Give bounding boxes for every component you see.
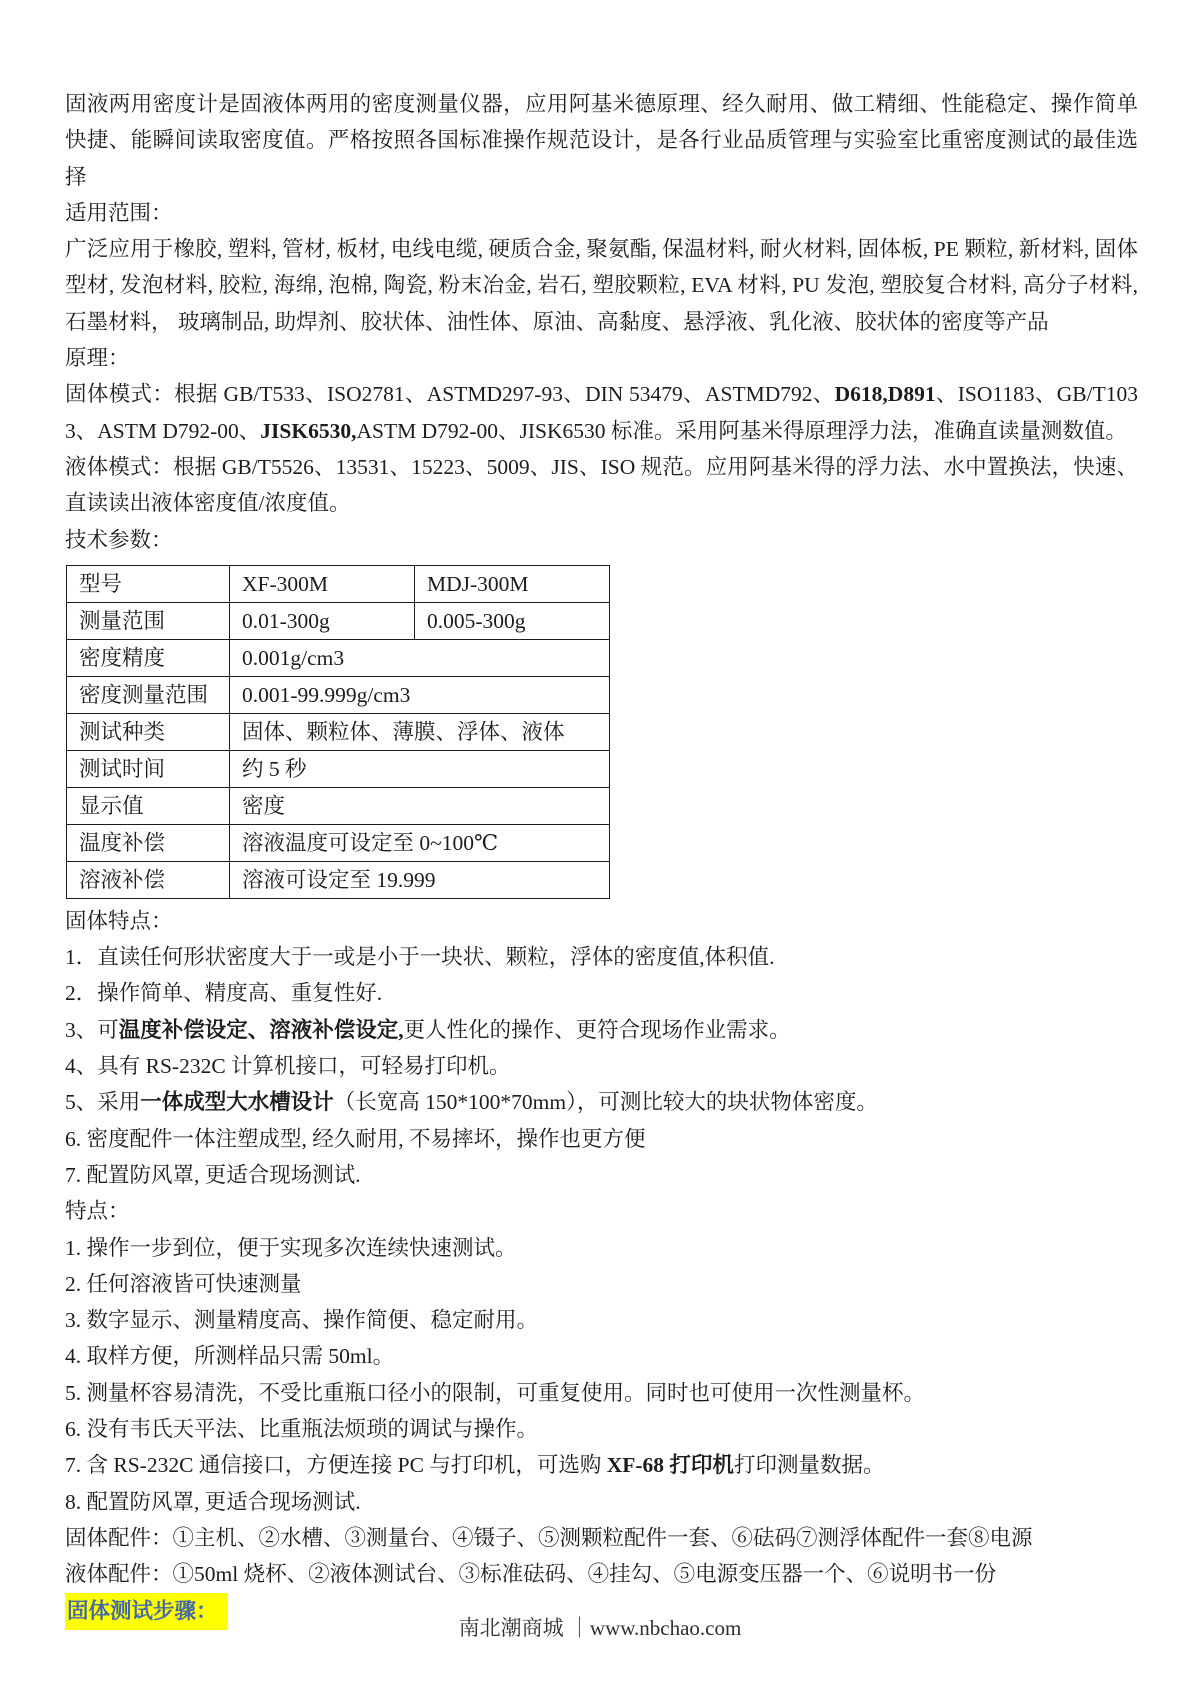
features-heading: 特点： xyxy=(65,1193,1138,1229)
spec-label: 测试种类 xyxy=(67,713,230,750)
spec-label: 测试时间 xyxy=(67,750,230,787)
item-bold-text: XF-68 打印机 xyxy=(607,1453,734,1477)
item-bold-text: 温度补偿设定、溶液补偿设定, xyxy=(119,1018,404,1042)
spec-value: 密度 xyxy=(230,787,610,824)
solid-mode-text-pre: 固体模式：根据 GB/T533、ISO2781、ASTMD297-93、DIN … xyxy=(65,382,835,406)
solid-mode-paragraph: 固体模式：根据 GB/T533、ISO2781、ASTMD297-93、DIN … xyxy=(65,376,1138,449)
feature-item-2: 2. 任何溶液皆可快速测量 xyxy=(65,1266,1138,1302)
specs-table: 型号 XF-300M MDJ-300M 测量范围 0.01-300g 0.005… xyxy=(66,565,610,899)
spec-label: 密度测量范围 xyxy=(67,676,230,713)
solid-features-heading: 固体特点： xyxy=(65,903,1138,939)
feature-item-6: 6. 没有韦氏天平法、比重瓶法烦琐的调试与操作。 xyxy=(65,1411,1138,1447)
spec-value: 约 5 秒 xyxy=(230,750,610,787)
spec-value: 溶液可设定至 19.999 xyxy=(230,861,610,898)
document-page: 固液两用密度计是固液体两用的密度测量仪器，应用阿基米德原理、经久耐用、做工精细、… xyxy=(0,0,1200,1632)
item-text: （长宽高 150*100*70mm），可测比较大的块状物体密度。 xyxy=(334,1090,878,1114)
solid-accessories-line: 固体配件：①主机、②水槽、③测量台、④镊子、⑤测颗粒配件一套、⑥砝码⑦测浮体配件… xyxy=(65,1520,1138,1556)
solid-mode-standard-bold: D618,D891 xyxy=(835,382,936,406)
feature-item-3: 3. 数字显示、测量精度高、操作简便、稳定耐用。 xyxy=(65,1302,1138,1338)
spec-value: XF-300M xyxy=(230,565,415,602)
principle-heading: 原理： xyxy=(65,340,1138,376)
item-text: 打印测量数据。 xyxy=(734,1453,885,1477)
solid-feature-item-2: 2．操作简单、精度高、重复性好. xyxy=(65,975,1138,1011)
solid-feature-item-1: 1．直读任何形状密度大于一或是小于一块状、颗粒，浮体的密度值,体积值. xyxy=(65,939,1138,975)
spec-row-temp-compensation: 温度补偿 溶液温度可设定至 0~100℃ xyxy=(67,824,610,861)
spec-row-test-types: 测试种类 固体、颗粒体、薄膜、浮体、液体 xyxy=(67,713,610,750)
intro-paragraph: 固液两用密度计是固液体两用的密度测量仪器，应用阿基米德原理、经久耐用、做工精细、… xyxy=(65,86,1138,195)
solid-feature-item-5: 5、采用一体成型大水槽设计（长宽高 150*100*70mm），可测比较大的块状… xyxy=(65,1084,1138,1120)
spec-row-density-range: 密度测量范围 0.001-99.999g/cm3 xyxy=(67,676,610,713)
liquid-accessories-line: 液体配件：①50ml 烧杯、②液体测试台、③标准砝码、④挂勾、⑤电源变压器一个、… xyxy=(65,1556,1138,1592)
spec-row-weighing-range: 测量范围 0.01-300g 0.005-300g xyxy=(67,602,610,639)
liquid-mode-paragraph: 液体模式：根据 GB/T5526、13531、15223、5009、JIS、IS… xyxy=(65,449,1138,522)
spec-row-test-time: 测试时间 约 5 秒 xyxy=(67,750,610,787)
spec-label: 温度补偿 xyxy=(67,824,230,861)
scope-paragraph: 广泛应用于橡胶, 塑料, 管材, 板材, 电线电缆, 硬质合金, 聚氨酯, 保温… xyxy=(65,231,1138,340)
item-text: 7. 含 RS-232C 通信接口，方便连接 PC 与打印机，可选购 xyxy=(65,1453,607,1477)
spec-value: 0.01-300g xyxy=(230,602,415,639)
spec-value: 溶液温度可设定至 0~100℃ xyxy=(230,824,610,861)
solid-mode-text-post: ASTM D792-00、JISK6530 标准。采用阿基米得原理浮力法，准确直… xyxy=(356,419,1126,443)
solid-mode-standard-bold-2: JISK6530, xyxy=(260,419,356,443)
item-text: 更人性化的操作、更符合现场作业需求。 xyxy=(404,1018,791,1042)
spec-label: 型号 xyxy=(67,565,230,602)
footer-text: 南北潮商城 ｜www.nbchao.com xyxy=(459,1616,742,1640)
spec-value: 0.005-300g xyxy=(415,602,610,639)
item-bold-text: 一体成型大水槽设计 xyxy=(140,1090,334,1114)
spec-label: 密度精度 xyxy=(67,639,230,676)
item-text: 5、采用 xyxy=(65,1090,140,1114)
footer: 南北潮商城 ｜www.nbchao.com xyxy=(0,1608,1200,1648)
solid-feature-item-4: 4、具有 RS-232C 计算机接口，可轻易打印机。 xyxy=(65,1048,1138,1084)
spec-row-density-precision: 密度精度 0.001g/cm3 xyxy=(67,639,610,676)
solid-feature-item-7: 7. 配置防风罩, 更适合现场测试. xyxy=(65,1157,1138,1193)
solid-feature-item-3: 3、可温度补偿设定、溶液补偿设定,更人性化的操作、更符合现场作业需求。 xyxy=(65,1012,1138,1048)
feature-item-7: 7. 含 RS-232C 通信接口，方便连接 PC 与打印机，可选购 XF-68… xyxy=(65,1447,1138,1483)
spec-row-model: 型号 XF-300M MDJ-300M xyxy=(67,565,610,602)
solid-feature-item-6: 6. 密度配件一体注塑成型, 经久耐用, 不易摔坏，操作也更方便 xyxy=(65,1121,1138,1157)
feature-item-4: 4. 取样方便，所测样品只需 50ml。 xyxy=(65,1338,1138,1374)
feature-item-5: 5. 测量杯容易清洗，不受比重瓶口径小的限制，可重复使用。同时也可使用一次性测量… xyxy=(65,1375,1138,1411)
feature-item-1: 1. 操作一步到位，便于实现多次连续快速测试。 xyxy=(65,1230,1138,1266)
spec-value: 0.001g/cm3 xyxy=(230,639,610,676)
spec-value: 固体、颗粒体、薄膜、浮体、液体 xyxy=(230,713,610,750)
scope-heading: 适用范围： xyxy=(65,195,1138,231)
spec-value: MDJ-300M xyxy=(415,565,610,602)
spec-row-solution-compensation: 溶液补偿 溶液可设定至 19.999 xyxy=(67,861,610,898)
params-heading: 技术参数： xyxy=(65,522,1138,558)
spec-label: 测量范围 xyxy=(67,602,230,639)
spec-label: 溶液补偿 xyxy=(67,861,230,898)
item-text: 3、可 xyxy=(65,1018,119,1042)
spec-row-display-value: 显示值 密度 xyxy=(67,787,610,824)
spec-value: 0.001-99.999g/cm3 xyxy=(230,676,610,713)
spec-label: 显示值 xyxy=(67,787,230,824)
feature-item-8: 8. 配置防风罩, 更适合现场测试. xyxy=(65,1484,1138,1520)
